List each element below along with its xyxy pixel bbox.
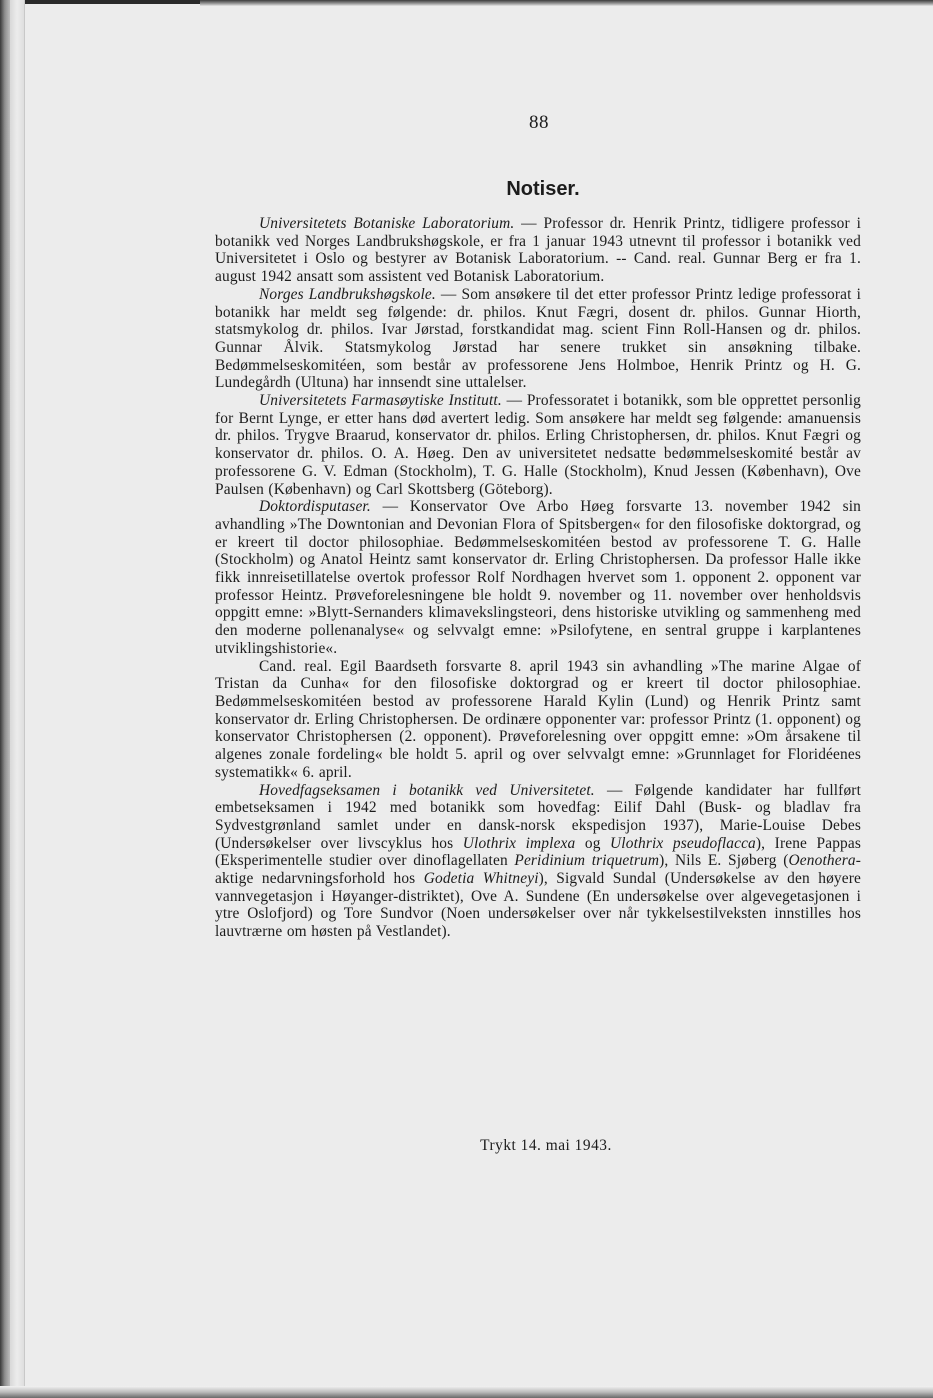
notice-heading: Hovedfagseksamen i botanikk ved Universi…: [259, 782, 595, 799]
notice-paragraph: Universitetets Farmasøytiske Institutt. …: [215, 392, 861, 498]
page-binding-fold: [10, 0, 25, 1398]
species-name: Ulothrix implexa: [463, 835, 576, 852]
printed-date-note: Trykt 14. mai 1943.: [215, 1137, 869, 1155]
notice-heading: Doktordisputaser.: [259, 498, 371, 515]
notice-text: ), Nils E. Sjøberg (: [659, 852, 788, 869]
notice-heading: Norges Landbrukshøgskole.: [259, 286, 436, 303]
section-title: Notiser.: [215, 178, 861, 201]
page-number: 88: [215, 112, 861, 134]
scan-bottom-edge: [0, 1386, 933, 1398]
notice-heading: Universitetets Farmasøytiske Institutt.: [259, 392, 502, 409]
notice-heading: Universitetets Botaniske Laboratorium.: [259, 215, 514, 232]
notice-paragraph: Doktordisputaser. — Konservator Ove Arbo…: [215, 498, 861, 657]
species-name: Ulothrix pseudoflacca: [610, 835, 756, 852]
species-name: Oenothera: [789, 852, 856, 869]
notice-paragraph: Norges Landbrukshøgskole. — Som ansøkere…: [215, 286, 861, 392]
notice-body: Cand. real. Egil Baardseth forsvarte 8. …: [215, 658, 861, 781]
species-name: Godetia Whitneyi: [424, 870, 539, 887]
notice-paragraph: Cand. real. Egil Baardseth forsvarte 8. …: [215, 658, 861, 782]
notice-body: — Konservator Ove Arbo Høeg forsvarte 13…: [215, 498, 861, 657]
scan-top-edge: [200, 0, 933, 6]
notice-paragraph: Universitetets Botaniske Laboratorium. —…: [215, 215, 861, 286]
notice-paragraph: Hovedfagseksamen i botanikk ved Universi…: [215, 782, 861, 941]
species-name: Peridinium triquetrum: [514, 852, 659, 869]
notice-body-segments: — Følgende kandidater har fullført embet…: [215, 782, 861, 941]
page-content: 88 Notiser. Universitetets Botaniske Lab…: [215, 112, 861, 941]
notice-text: og: [575, 835, 610, 852]
